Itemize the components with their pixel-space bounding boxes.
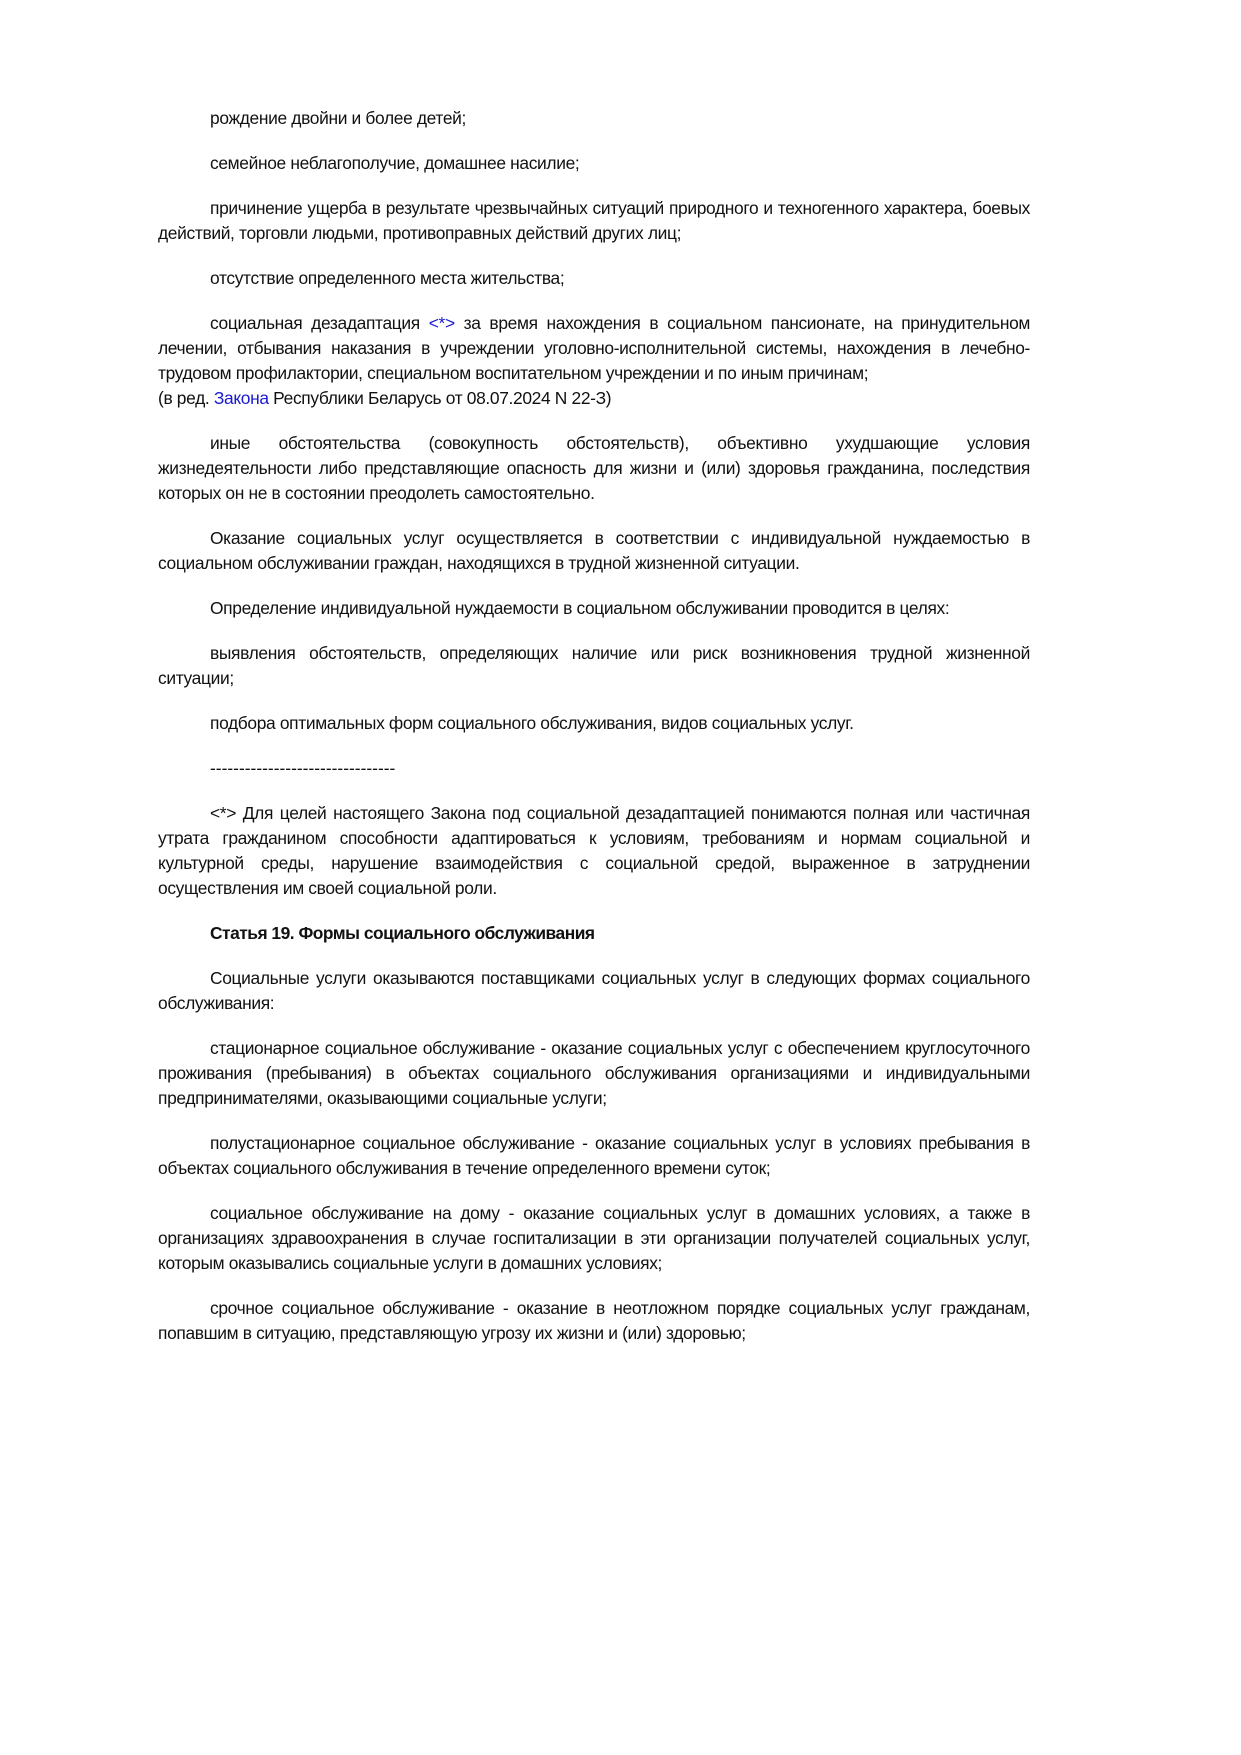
footnote-reference-link[interactable]: <*> [429, 313, 455, 333]
paragraph-other-circumstances: иные обстоятельства (совокупность обстоя… [158, 431, 1030, 506]
paragraph-forms-intro: Социальные услуги оказываются поставщика… [158, 966, 1030, 1016]
amendment-note: (в ред. Закона Республики Беларусь от 08… [158, 386, 1030, 411]
paragraph-family-trouble: семейное неблагополучие, домашнее насили… [158, 151, 1030, 176]
article-19-heading: Статья 19. Формы социального обслуживани… [158, 921, 1030, 946]
paragraph-selection: подбора оптимальных форм социального обс… [158, 711, 1030, 736]
footnote-text: <*> Для целей настоящего Закона под соци… [158, 801, 1030, 901]
paragraph-home-service: социальное обслуживание на дому - оказан… [158, 1201, 1030, 1276]
paragraph-semi-stationary-service: полустационарное социальное обслуживание… [158, 1131, 1030, 1181]
law-link[interactable]: Закона [214, 388, 269, 408]
footnote-separator: -------------------------------- [158, 756, 1030, 781]
paragraph-twins: рождение двойни и более детей; [158, 106, 1030, 131]
document-page: рождение двойни и более детей; семейное … [158, 106, 1030, 1366]
desadaptation-text-before: социальная дезадаптация [210, 313, 429, 333]
paragraph-damage: причинение ущерба в результате чрезвычай… [158, 196, 1030, 246]
paragraph-need-determination: Определение индивидуальной нуждаемости в… [158, 596, 1030, 621]
paragraph-desadaptation: социальная дезадаптация <*> за время нах… [158, 311, 1030, 386]
paragraph-identification: выявления обстоятельств, определяющих на… [158, 641, 1030, 691]
paragraph-no-residence: отсутствие определенного места жительств… [158, 266, 1030, 291]
paragraph-provision-of-services: Оказание социальных услуг осуществляется… [158, 526, 1030, 576]
amendment-text-after: Республики Беларусь от 08.07.2024 N 22-З… [269, 388, 612, 408]
paragraph-stationary-service: стационарное социальное обслуживание - о… [158, 1036, 1030, 1111]
amendment-text-before: (в ред. [158, 388, 214, 408]
paragraph-urgent-service: срочное социальное обслуживание - оказан… [158, 1296, 1030, 1346]
